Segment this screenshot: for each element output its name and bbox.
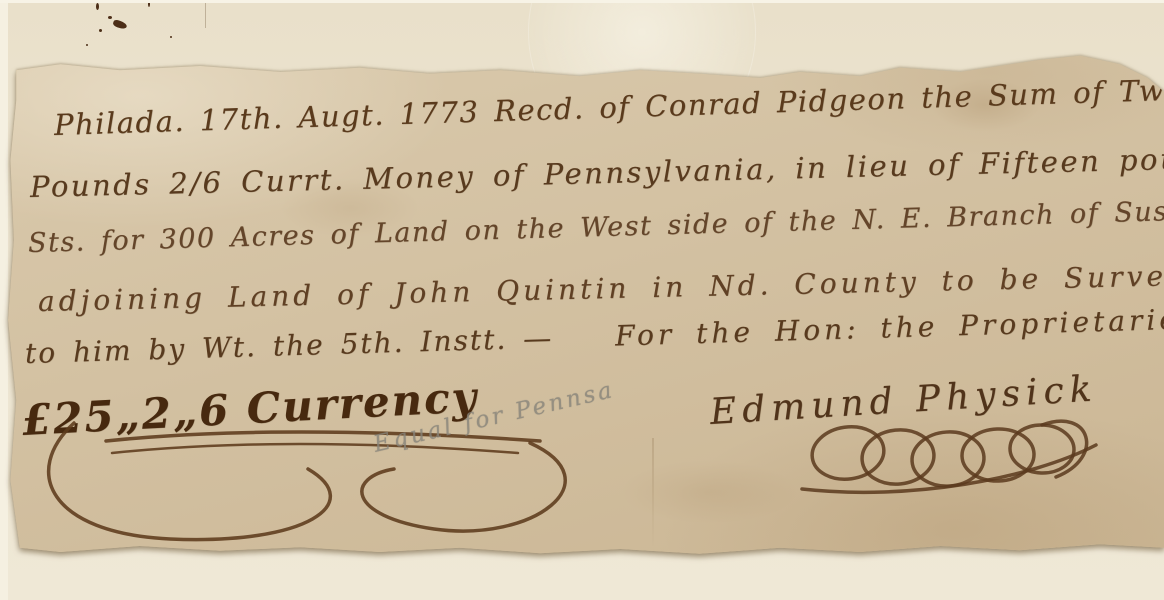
signature-flourish-ink bbox=[790, 405, 1110, 505]
receipt-line-survey: to him by Wt. the 5th. Instt. — bbox=[25, 321, 554, 370]
receipt-line-land-description: Sts. for 300 Acres of Land on the West s… bbox=[28, 195, 1164, 259]
photo-of-receipt: Philada. 17th. Augt. 1773 Recd. of Conra… bbox=[0, 0, 1164, 600]
receipt-line-amount-words: Pounds 2/6 Currt. Money of Pennsylvania,… bbox=[30, 140, 1164, 204]
receipt-paper: Philada. 17th. Augt. 1773 Recd. of Conra… bbox=[0, 0, 1164, 600]
receipt-line-proprietaries: For the Hon: the Proprietaries bbox=[615, 302, 1164, 352]
manuscript-receipt: Philada. 17th. Augt. 1773 Recd. of Conra… bbox=[0, 0, 1164, 600]
amount-flourish-ink bbox=[10, 415, 670, 555]
